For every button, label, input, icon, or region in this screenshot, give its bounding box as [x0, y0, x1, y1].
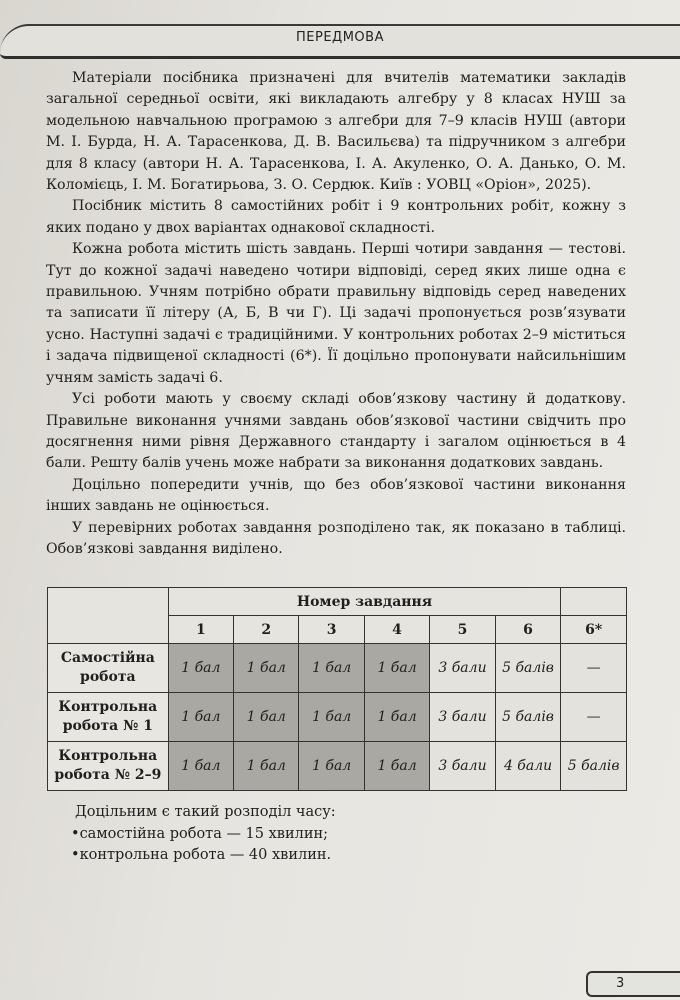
- score-cell: 4 бали: [495, 742, 561, 791]
- column-header: 3: [299, 616, 364, 644]
- time-intro: Доцільним є такий розподіл часу:: [75, 802, 336, 824]
- task-number-header: Номер завдання: [168, 588, 561, 616]
- paragraph: Доцільно попередити учнів, що без обов’я…: [46, 475, 626, 518]
- column-header: 6: [495, 616, 561, 644]
- score-cell: 3 бали: [430, 693, 496, 742]
- preface-text: Матеріали посібника призначені для вчите…: [46, 68, 626, 560]
- score-cell: 1 бал: [168, 742, 233, 791]
- paragraph: У перевірних роботах завдання розподілен…: [46, 518, 626, 561]
- column-header: 4: [364, 616, 429, 644]
- score-cell: 5 балів: [495, 644, 561, 693]
- score-cell: 5 балів: [561, 742, 627, 791]
- score-cell: —: [561, 693, 627, 742]
- score-cell: 1 бал: [364, 644, 429, 693]
- row-label: Контрольнаробота № 2–9: [48, 742, 169, 791]
- table-row: Контрольнаробота № 2–9 1 бал 1 бал 1 бал…: [48, 742, 627, 791]
- score-cell: 1 бал: [234, 693, 299, 742]
- row-label: Самостійнаробота: [48, 644, 169, 693]
- score-cell: 5 балів: [495, 693, 561, 742]
- score-cell: 1 бал: [234, 644, 299, 693]
- paragraph: Посібник містить 8 самостійних робіт і 9…: [46, 196, 626, 239]
- time-allocation: Доцільним є такий розподіл часу: •самост…: [75, 802, 336, 867]
- grading-table: Номер завдання 1 2 3 4 5 6 6* Самостійна…: [47, 587, 627, 791]
- paragraph: Кожна робота містить шість завдань. Перш…: [46, 239, 626, 389]
- table-row: Контрольнаробота № 1 1 бал 1 бал 1 бал 1…: [48, 693, 627, 742]
- score-cell: 1 бал: [299, 742, 364, 791]
- score-cell: 3 бали: [430, 644, 496, 693]
- column-header: 1: [168, 616, 233, 644]
- paragraph: Матеріали посібника призначені для вчите…: [46, 68, 626, 196]
- bullet-icon: •: [71, 847, 80, 863]
- corner-cell: [48, 588, 169, 644]
- column-header: 6*: [561, 616, 627, 644]
- row-label: Контрольнаробота № 1: [48, 693, 169, 742]
- score-cell: 1 бал: [168, 693, 233, 742]
- score-cell: —: [561, 644, 627, 693]
- score-cell: 1 бал: [299, 644, 364, 693]
- score-cell: 1 бал: [168, 644, 233, 693]
- table-row: Самостійнаробота 1 бал 1 бал 1 бал 1 бал…: [48, 644, 627, 693]
- empty-header-cell: [561, 588, 627, 616]
- column-header: 2: [234, 616, 299, 644]
- score-cell: 3 бали: [430, 742, 496, 791]
- score-cell: 1 бал: [234, 742, 299, 791]
- list-item: •самостійна робота — 15 хвилин;: [75, 824, 336, 846]
- section-title: ПЕРЕДМОВА: [0, 30, 680, 45]
- paragraph: Усі роботи мають у своєму складі обов’яз…: [46, 389, 626, 475]
- score-cell: 1 бал: [299, 693, 364, 742]
- column-header: 5: [430, 616, 496, 644]
- score-cell: 1 бал: [364, 742, 429, 791]
- list-item: •контрольна робота — 40 хвилин.: [75, 845, 336, 867]
- score-cell: 1 бал: [364, 693, 429, 742]
- page-number: 3: [586, 971, 680, 997]
- bullet-icon: •: [71, 826, 80, 842]
